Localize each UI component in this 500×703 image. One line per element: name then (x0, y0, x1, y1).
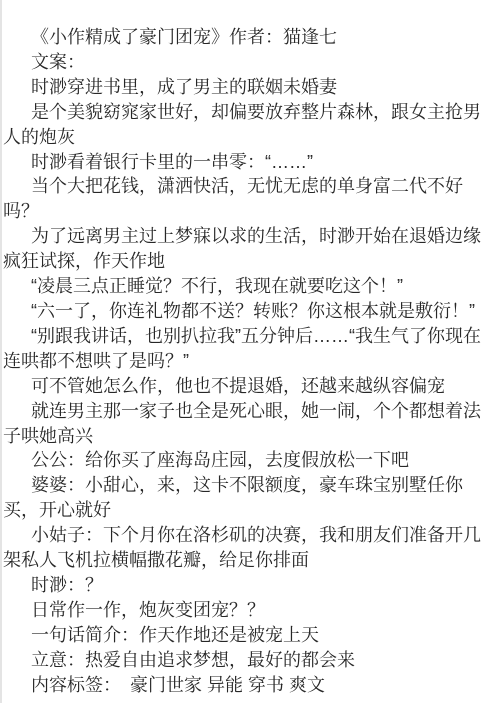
text-line: 当个大把花钱，潇洒快活，无忧无虑的单身富二代不好 (3, 174, 482, 199)
text-line: 时渺看着银行卡里的一串零：“……” (3, 150, 482, 175)
text-line: 人的炮灰 (3, 125, 482, 150)
dialog-line: 架私人飞机拉横幅撒花瓣，给足你排面 (3, 548, 482, 573)
book-title-author-line: 《小作精成了豪门团宠》作者：猫逢七 (3, 25, 482, 50)
theme-line: 立意：热爱自由追求梦想，最好的都会来 (3, 648, 482, 673)
document-body: 《小作精成了豪门团宠》作者：猫逢七 文案： 时渺穿进书里，成了男主的联姻未婚妻 … (2, 0, 500, 703)
synopsis-label: 文案： (3, 50, 482, 75)
dialog-line: 小姑子：下个月你在洛杉矶的决赛，我和朋友们准备开几 (3, 523, 482, 548)
dialog-line: “六一了，你连礼物都不送？转账？你这根本就是敷衍！” (3, 299, 482, 324)
text-line: 就连男主那一家子也全是死心眼，她一闹，个个都想着法 (3, 399, 482, 424)
text-line: 可不管她怎么作，他也不提退婚，还越来越纵容偏宠 (3, 374, 482, 399)
text-line: 子哄她高兴 (3, 424, 482, 449)
dialog-line: 公公：给你买了座海岛庄园，去度假放松一下吧 (3, 448, 482, 473)
text-line: 时渺穿进书里，成了男主的联姻未婚妻 (3, 75, 482, 100)
one-line-intro-line: 一句话简介：作天作地还是被宠上天 (3, 623, 482, 648)
dialog-line: “别跟我讲话，也别扒拉我”五分钟后……“我生气了你现在 (3, 324, 482, 349)
dialog-line: 时渺：？ (3, 573, 482, 598)
text-line: 吗？ (3, 199, 482, 224)
content-tags-line: 内容标签： 豪门世家 异能 穿书 爽文 (3, 673, 482, 698)
dialog-line: 婆婆：小甜心，来，这卡不限额度，豪车珠宝别墅任你 (3, 473, 482, 498)
dialog-line: 连哄都不想哄了是吗？” (3, 349, 482, 374)
novel-intro-page: 《小作精成了豪门团宠》作者：猫逢七 文案： 时渺穿进书里，成了男主的联姻未婚妻 … (0, 0, 500, 703)
text-line: 疯狂试探，作天作地 (3, 249, 482, 274)
dialog-line: “凌晨三点正睡觉？不行，我现在就要吃这个！” (3, 274, 482, 299)
dialog-line: 买，开心就好 (3, 498, 482, 523)
text-line: 日常作一作，炮灰变团宠？？ (3, 598, 482, 623)
text-line: 是个美貌窈窕家世好，却偏要放弃整片森林，跟女主抢男 (3, 100, 482, 125)
text-line: 为了远离男主过上梦寐以求的生活，时渺开始在退婚边缘 (3, 224, 482, 249)
